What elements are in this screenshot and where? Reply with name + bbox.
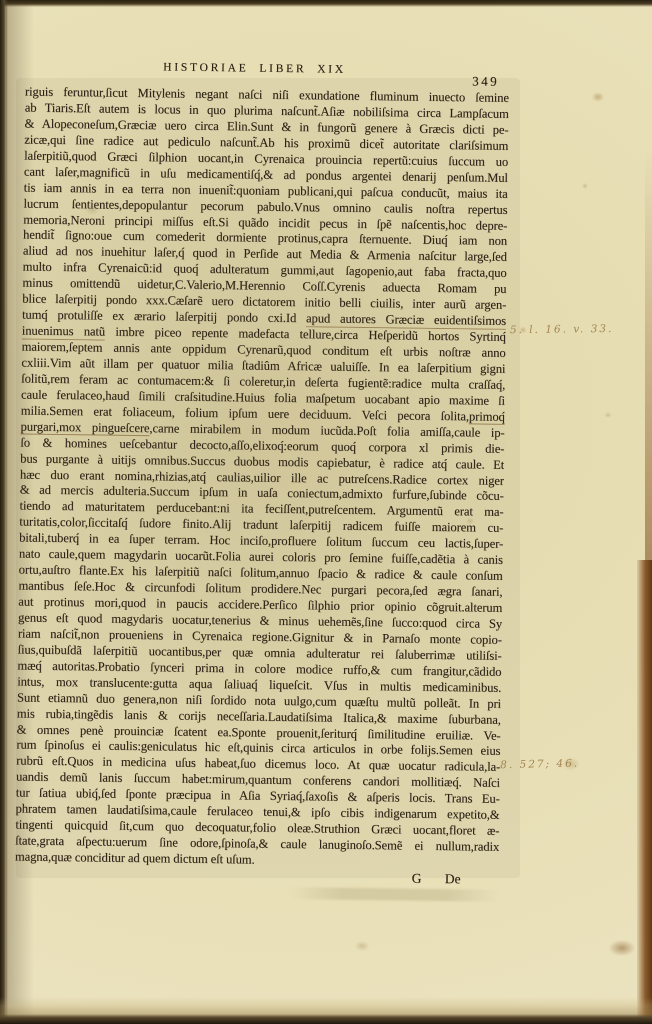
page-number: 349 [472, 73, 499, 89]
verso-show-through [289, 887, 499, 902]
hand-underlined-text: inuenimus natũ [22, 324, 105, 341]
hand-underlined-text: primoq́ [469, 409, 505, 425]
catchword: De [445, 871, 461, 886]
page-edge-bottom [0, 1014, 652, 1024]
page-edge-right-upper [645, 150, 652, 580]
signature-mark: G [412, 871, 422, 886]
handwritten-margin-note: 8. 527; 46. [500, 757, 579, 771]
page-edge-right-lower [637, 560, 652, 1020]
gutter-shadow [6, 0, 34, 1024]
page-edge-left [0, 0, 8, 1024]
hand-underlined-text: purgari,mox pingueſcere [20, 419, 149, 436]
page-content: HISTORIAE LIBER XIX 349 riguis feruntur,… [0, 0, 652, 1024]
header-title: HISTORIAE LIBER XIX [163, 61, 346, 75]
page-edge-top [0, 0, 652, 7]
handwritten-margin-note: 5. l. 16. v. 33. [510, 323, 614, 336]
text-block: riguis feruntur,ſicut Mitylenis negant n… [15, 85, 509, 872]
book-page-scan: HISTORIAE LIBER XIX 349 riguis feruntur,… [0, 0, 652, 1024]
